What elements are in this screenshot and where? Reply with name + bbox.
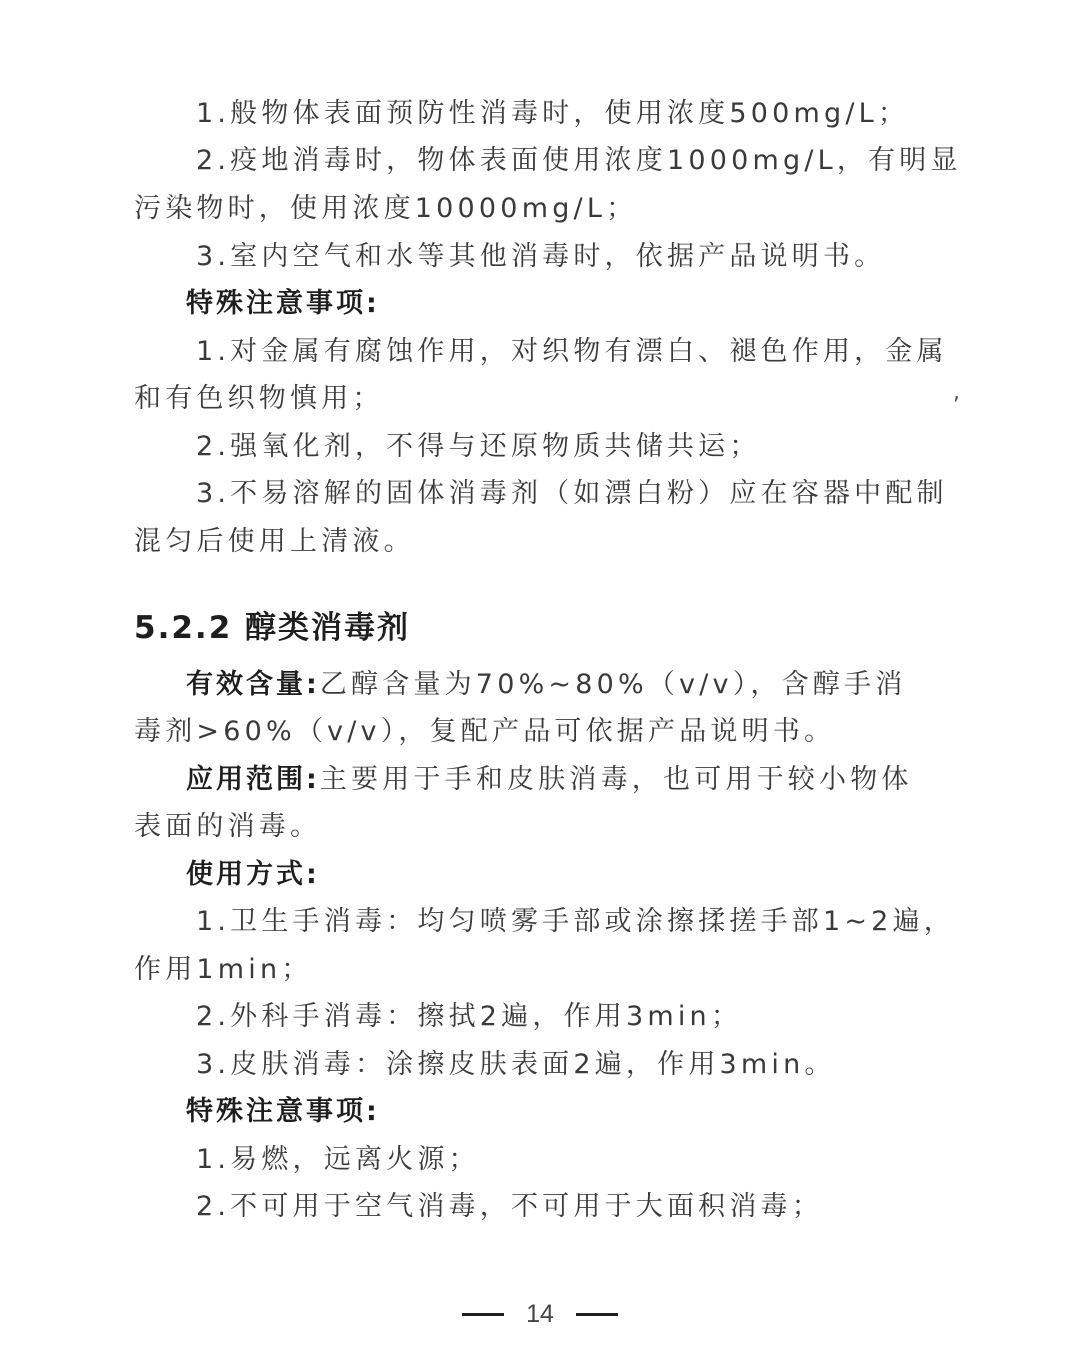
footer-dash-right [576, 1313, 618, 1316]
scope-text: 主要用于手和皮肤消毒，也可用于较小物体 [320, 764, 913, 795]
content-line-2: 毒剂>60%（v/v），复配产品可依据产品说明书。 [134, 714, 835, 750]
content-text: 乙醇含量为70%~80%（v/v），含醇手消 [320, 669, 907, 700]
usage-line-1: 1.般物体表面预防性消毒时，使用浓度500mg/L； [196, 96, 909, 132]
precaution-522-line-2: 2.不可用于空气消毒，不可用于大面积消毒； [196, 1189, 823, 1225]
precautions-label-top: 特殊注意事项: [186, 286, 380, 322]
usage-line-2-cont: 污染物时，使用浓度10000mg/L； [134, 191, 637, 227]
method-line-1-cont: 作用1min； [134, 952, 313, 988]
stray-comma: , [953, 380, 960, 405]
method-line-1: 1.卫生手消毒：均匀喷雾手部或涂擦揉搓手部1~2遍， [196, 904, 955, 940]
usage-line-3: 3.室内空气和水等其他消毒时，依据产品说明书。 [196, 239, 885, 275]
usage-line-2: 2.疫地消毒时，物体表面使用浓度1000mg/L，有明显 [196, 143, 962, 179]
method-line-2: 2.外科手消毒：擦拭2遍，作用3min； [196, 999, 742, 1035]
scope-label: 应用范围: [186, 764, 320, 795]
content-label: 有效含量: [186, 669, 320, 700]
page-number: 14 [526, 1300, 554, 1329]
precaution-522-line-1: 1.易燃，远离火源； [196, 1142, 480, 1178]
scope-paragraph: 应用范围:主要用于手和皮肤消毒，也可用于较小物体 [186, 762, 913, 798]
precaution-line-1: 1.对金属有腐蚀作用，对织物有漂白、褪色作用，金属 [196, 334, 948, 370]
scope-line-2: 表面的消毒。 [134, 809, 321, 845]
precaution-line-2: 2.强氧化剂，不得与还原物质共储共运； [196, 429, 761, 465]
content-paragraph: 有效含量:乙醇含量为70%~80%（v/v），含醇手消 [186, 667, 906, 703]
section-heading: 5.2.2 醇类消毒剂 [134, 608, 410, 648]
precaution-line-3: 3.不易溶解的固体消毒剂（如漂白粉）应在容器中配制 [196, 476, 948, 512]
precaution-line-1-cont: 和有色织物慎用； [134, 381, 384, 417]
page-footer: 14 [0, 1296, 1080, 1332]
method-line-3: 3.皮肤消毒：涂擦皮肤表面2遍，作用3min。 [196, 1047, 836, 1083]
footer-dash-left [462, 1313, 504, 1316]
precautions-label-522: 特殊注意事项: [186, 1094, 380, 1130]
precaution-line-3-cont: 混匀后使用上清液。 [134, 524, 415, 560]
method-label: 使用方式: [186, 857, 320, 893]
